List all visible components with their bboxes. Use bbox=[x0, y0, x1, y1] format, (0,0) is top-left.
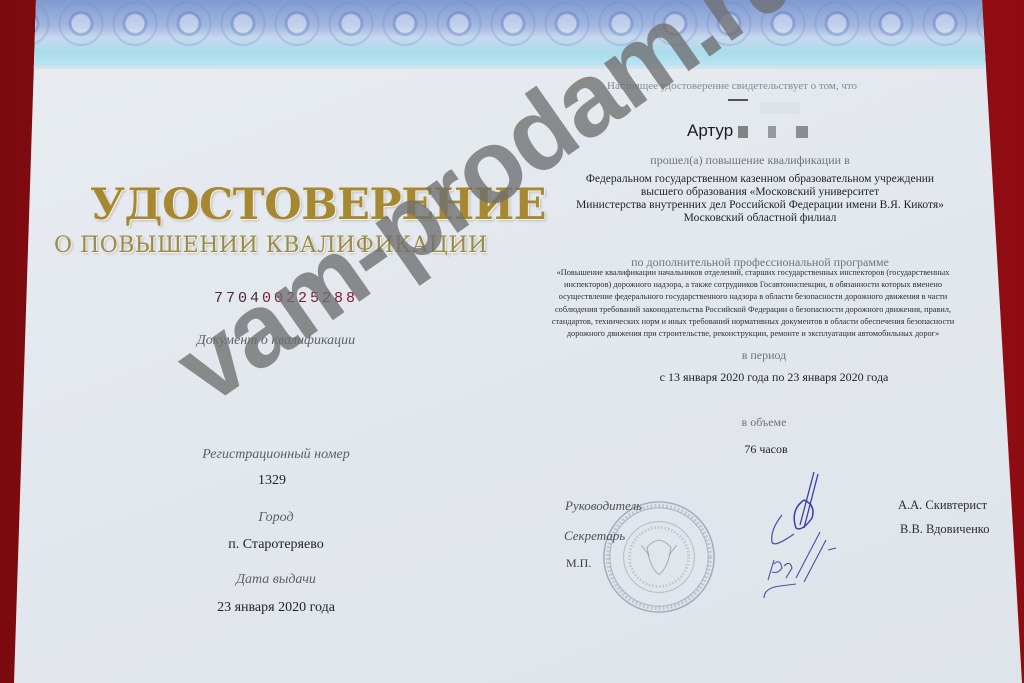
seal-label: М.П. bbox=[566, 556, 591, 571]
volume-label: в объеме bbox=[742, 415, 787, 430]
program-line: «Повышение квалификации начальников отде… bbox=[552, 267, 954, 279]
serial-caption: Документ о квалификации bbox=[197, 333, 355, 349]
program-line: инспекторов) дорожного надзора, а также … bbox=[552, 279, 954, 291]
recipient-name: Артур bbox=[687, 121, 816, 141]
program-line: стандартов, технических норм и иных треб… bbox=[552, 316, 954, 328]
reg-number: 1329 bbox=[258, 473, 286, 489]
organization-block: Федеральном государственном казенном обр… bbox=[576, 173, 944, 225]
city: п. Старотеряево bbox=[228, 537, 323, 553]
certificate-subtitle: О ПОВЫШЕНИИ КВАЛИФИКАЦИИ bbox=[54, 233, 488, 258]
city-label: Город bbox=[258, 510, 293, 526]
reg-label: Регистрационный номер bbox=[202, 447, 349, 463]
redaction-block bbox=[760, 102, 800, 114]
head-name: А.А. Скивтерист bbox=[898, 498, 987, 513]
redaction-mark bbox=[728, 99, 748, 101]
serial-prefix: 7704 bbox=[214, 290, 262, 307]
secretary-label: Секретарь bbox=[564, 528, 625, 544]
issue-date: 23 января 2020 года bbox=[217, 600, 335, 616]
program-line: осуществление федерального государственн… bbox=[552, 291, 954, 303]
certificate-paper: УДОСТОВЕРЕНИЕ О ПОВЫШЕНИИ КВАЛИФИКАЦИИ 7… bbox=[0, 0, 1024, 683]
band-edge bbox=[0, 66, 1024, 69]
signature-icon bbox=[760, 470, 870, 600]
official-seal-icon bbox=[600, 498, 718, 616]
issue-label: Дата выдачи bbox=[236, 572, 316, 588]
certificate-title: УДОСТОВЕРЕНИЕ bbox=[90, 180, 546, 230]
period: с 13 января 2020 года по 23 января 2020 … bbox=[660, 370, 889, 385]
serial-number: 770400225288 bbox=[214, 290, 358, 307]
redacted-surname bbox=[738, 126, 816, 138]
volume: 76 часов bbox=[744, 442, 787, 457]
org-line: Министерства внутренних дел Российской Ф… bbox=[576, 199, 944, 212]
org-line: Федеральном государственном казенном обр… bbox=[576, 173, 944, 186]
program-line: дорожного движения при строительстве, ре… bbox=[552, 328, 954, 340]
org-line: высшего образования «Московский универси… bbox=[576, 186, 944, 199]
period-label: в период bbox=[742, 348, 787, 363]
head-label: Руководитель bbox=[565, 498, 642, 514]
program-text: «Повышение квалификации начальников отде… bbox=[552, 267, 954, 340]
passed-text: прошел(а) повышение квалификации в bbox=[650, 153, 849, 168]
recipient-first-name: Артур bbox=[687, 121, 733, 140]
serial-suffix: 00225288 bbox=[262, 290, 358, 307]
org-line: Московский областной филиал bbox=[576, 212, 944, 225]
intro-text: Настоящее удостоверение свидетельствует … bbox=[607, 80, 857, 92]
program-line: соблюдения требований законодательства Р… bbox=[552, 304, 954, 316]
decorative-band bbox=[0, 0, 1024, 68]
secretary-name: В.В. Вдовиченко bbox=[900, 522, 990, 537]
